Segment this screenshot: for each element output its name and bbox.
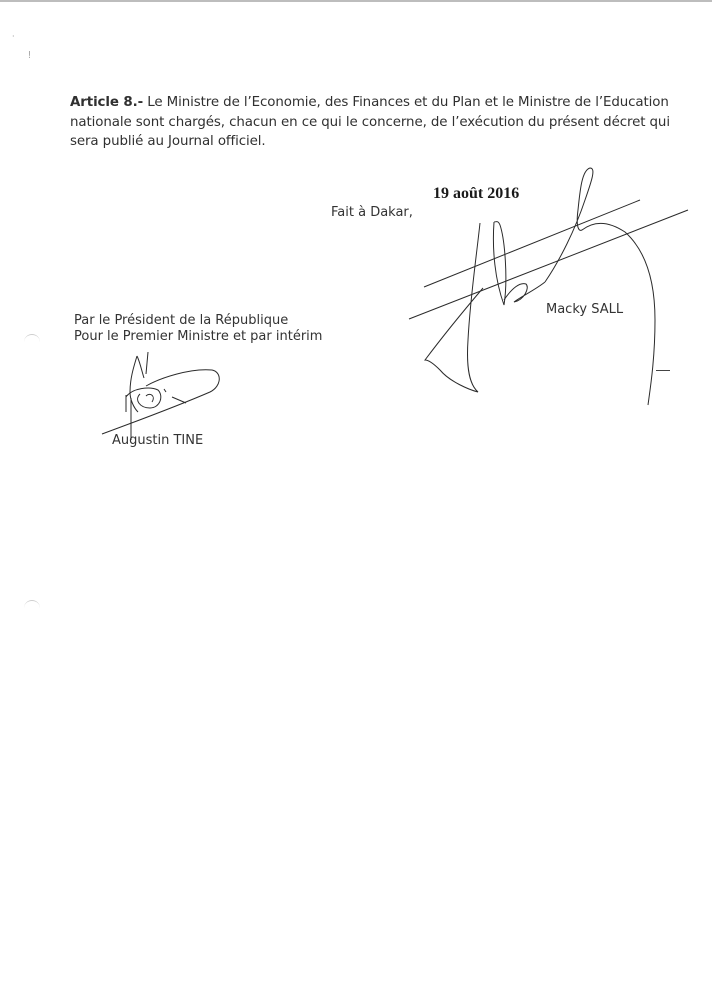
countersign-line-2: Pour le Premier Ministre et par intérim bbox=[74, 329, 322, 345]
pen-dash-mark bbox=[656, 370, 670, 371]
article-line-1: Article 8.- Le Ministre de l’Economie, d… bbox=[70, 93, 650, 113]
signature-place: Fait à Dakar, bbox=[331, 205, 413, 220]
scan-speck: ǃ bbox=[28, 50, 31, 61]
punch-hole-mark bbox=[24, 334, 40, 345]
article-line-3: sera publié au Journal officiel. bbox=[70, 132, 650, 152]
scan-speck: · bbox=[12, 32, 15, 41]
article-8-paragraph: Article 8.- Le Ministre de l’Economie, d… bbox=[70, 93, 650, 152]
punch-hole-mark bbox=[24, 600, 40, 611]
president-signature bbox=[409, 168, 688, 405]
countersigner-signature bbox=[102, 352, 219, 440]
president-name: Macky SALL bbox=[546, 302, 623, 317]
countersign-line-1: Par le Président de la République bbox=[74, 313, 322, 329]
countersign-heading: Par le Président de la République Pour l… bbox=[74, 313, 322, 345]
countersigner-name: Augustin TINE bbox=[112, 433, 203, 448]
page-top-edge bbox=[0, 0, 712, 2]
article-line-2: nationale sont chargés, chacun en ce qui… bbox=[70, 113, 650, 133]
signature-date: 19 août 2016 bbox=[433, 185, 519, 203]
article-label: Article 8.- bbox=[70, 95, 143, 110]
